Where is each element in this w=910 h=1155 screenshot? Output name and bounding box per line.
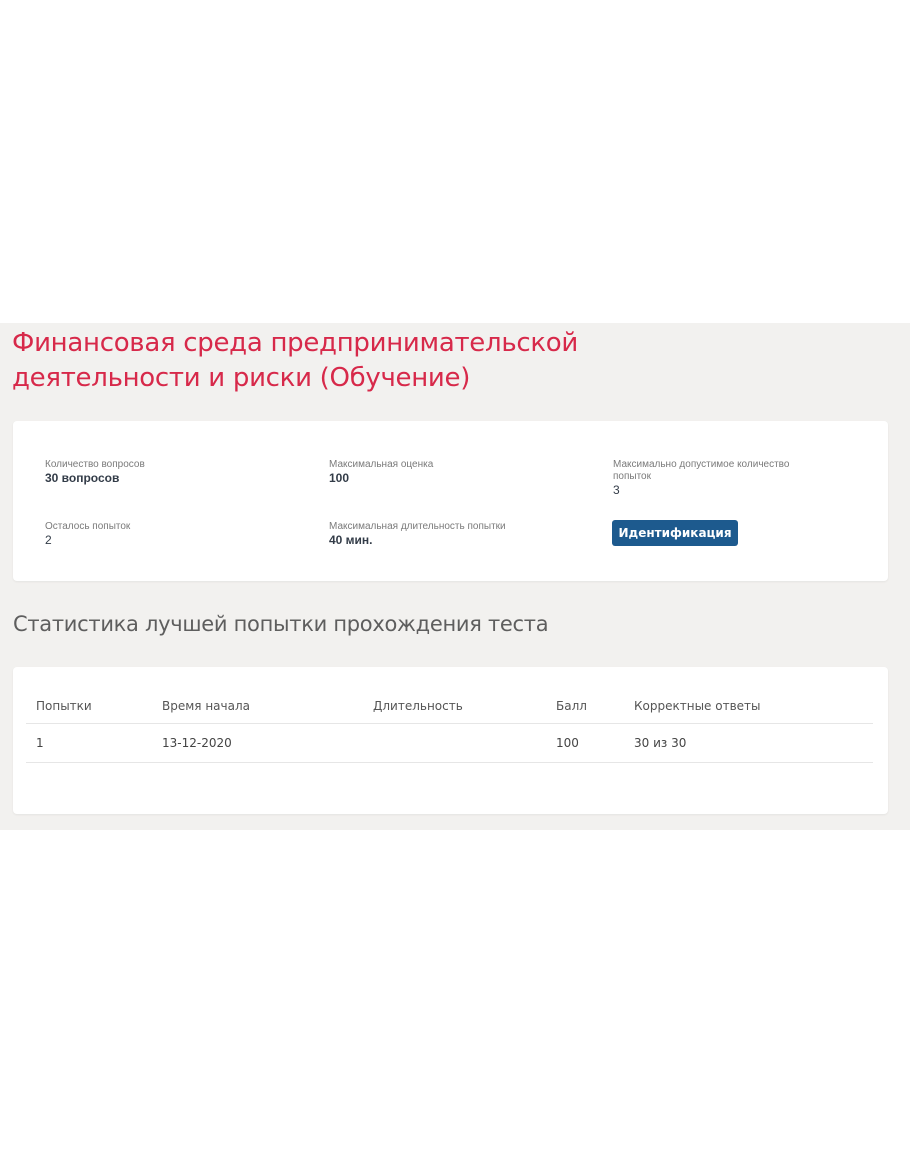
table-header-row: Попытки Время начала Длительность Балл К… — [26, 689, 873, 724]
column-header-attempts[interactable]: Попытки — [26, 689, 152, 724]
questions-count-label: Количество вопросов — [45, 459, 145, 471]
attempts-left-field: Осталось попыток 2 — [45, 521, 130, 547]
cell-correct-answers: 30 из 30 — [624, 724, 873, 763]
cell-duration — [363, 724, 546, 763]
cell-attempt: 1 — [26, 724, 152, 763]
max-score-value: 100 — [329, 471, 433, 485]
max-duration-field: Максимальная длительность попытки 40 мин… — [329, 521, 506, 547]
max-duration-value: 40 мин. — [329, 533, 506, 547]
stats-section-title: Статистика лучшей попытки прохождения те… — [13, 612, 548, 636]
cell-score: 100 — [546, 724, 624, 763]
page-title: Финансовая среда предпринимательской дея… — [12, 326, 652, 396]
questions-count-value: 30 вопросов — [45, 471, 145, 485]
max-duration-label: Максимальная длительность попытки — [329, 521, 506, 533]
column-header-start-time[interactable]: Время начала — [152, 689, 363, 724]
max-attempts-value: 3 — [613, 483, 823, 497]
attempts-left-label: Осталось попыток — [45, 521, 130, 533]
stats-card: Попытки Время начала Длительность Балл К… — [13, 667, 888, 814]
table-row: 1 13-12-2020 100 30 из 30 — [26, 724, 873, 763]
max-attempts-label: Максимально допустимое количество попыто… — [613, 459, 823, 483]
max-score-field: Максимальная оценка 100 — [329, 459, 433, 485]
column-header-duration[interactable]: Длительность — [363, 689, 546, 724]
best-attempt-table: Попытки Время начала Длительность Балл К… — [26, 689, 873, 763]
identification-button[interactable]: Идентификация — [612, 520, 738, 546]
attempts-left-value: 2 — [45, 533, 130, 547]
max-score-label: Максимальная оценка — [329, 459, 433, 471]
cell-start-time: 13-12-2020 — [152, 724, 363, 763]
test-info-card: Количество вопросов 30 вопросов Максимал… — [13, 421, 888, 581]
questions-count-field: Количество вопросов 30 вопросов — [45, 459, 145, 485]
column-header-correct-answers[interactable]: Корректные ответы — [624, 689, 873, 724]
max-attempts-field: Максимально допустимое количество попыто… — [613, 459, 823, 497]
column-header-score[interactable]: Балл — [546, 689, 624, 724]
